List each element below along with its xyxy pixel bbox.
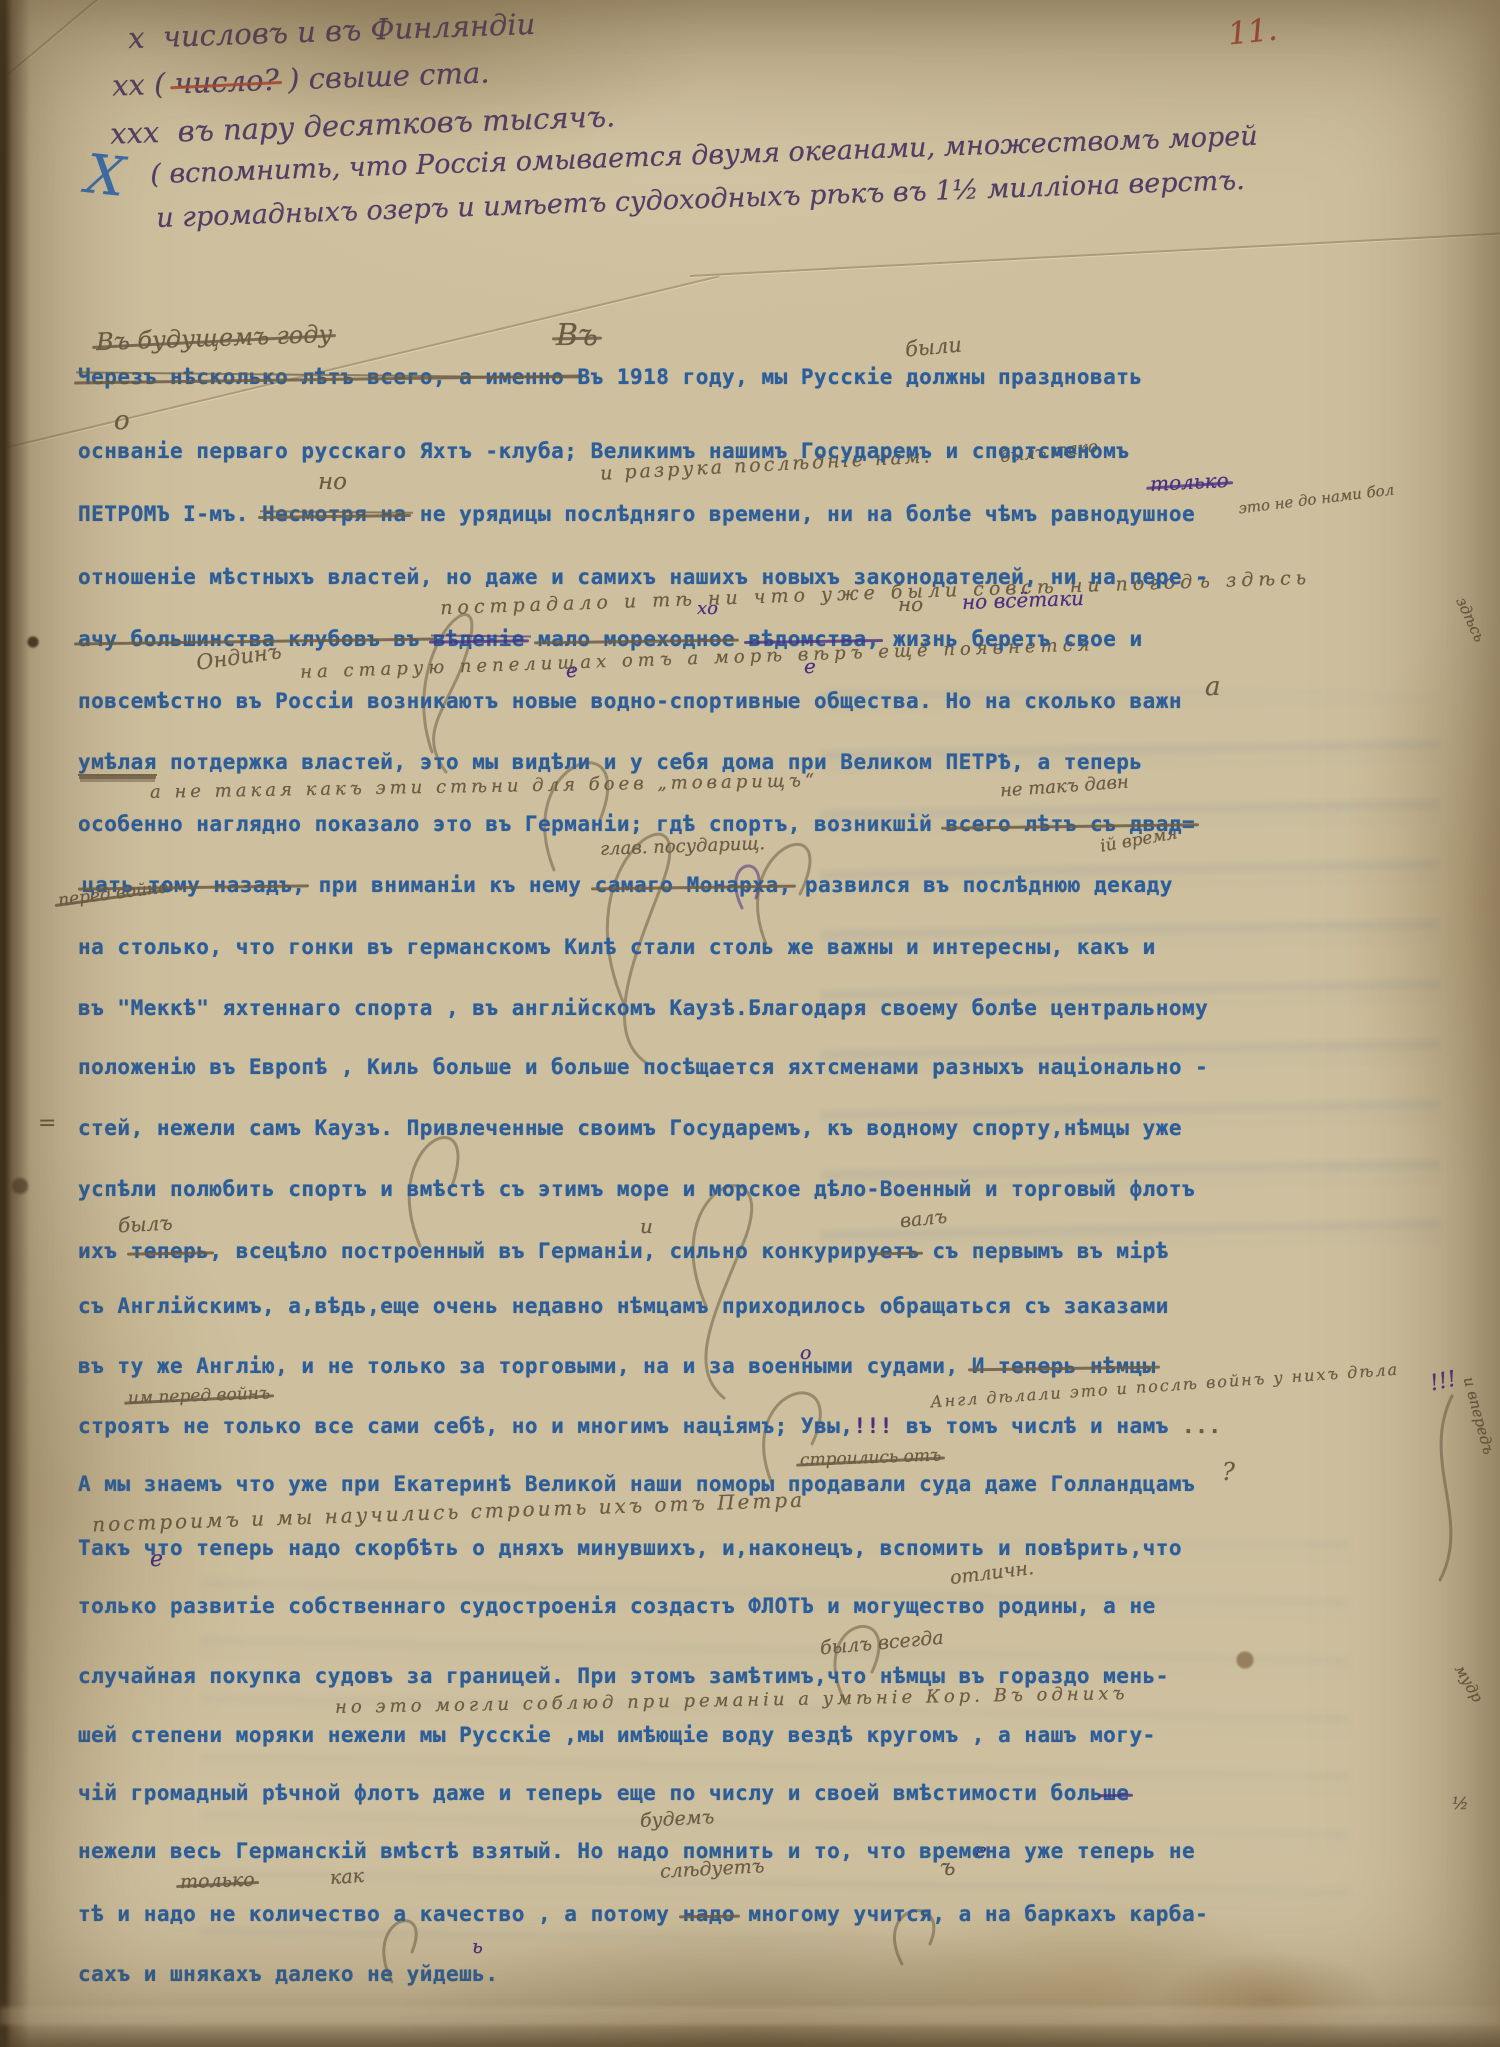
typed-text-segment: случайная покупка судовъ за границей. Пр… [78, 1665, 1169, 1687]
handwriting-segment: е [804, 656, 816, 677]
handwriting-segment: Х [83, 146, 127, 206]
typed-line-27: сахъ и шнякахъ далеко не уйдешь. [78, 1963, 499, 1985]
typed-text-segment: , всецѣло построенный въ Германіи, сильн… [209, 1240, 879, 1262]
note-kak: как [329, 1867, 364, 1889]
note-soft-sign: ь [472, 1936, 483, 1957]
typed-text-segment: потдержка властей, это мы видѣли и у себ… [157, 751, 1143, 773]
handwriting-segment: и впередъ [1460, 1375, 1496, 1456]
typed-line-8: особенно наглядно показало это въ Герман… [78, 813, 1195, 835]
typed-text-segment: мало мореходное [538, 628, 735, 650]
typed-text-segment: многому учится, а на баркахъ карба- [735, 1903, 1208, 1925]
handwriting-segment: !!! [1428, 1367, 1459, 1395]
typed-text-segment: въ "Меккѣ" яхтеннаго спорта , въ англійс… [78, 997, 1208, 1019]
handwriting-segment: а [1205, 674, 1221, 701]
typed-text-segment: нежели весь Германскій вмѣстѣ взятый. Но… [78, 1840, 1195, 1862]
typed-text-segment: не урядицы послѣдняго времени, ни на бол… [407, 503, 1196, 525]
typed-text-segment: отношеніе мѣстныхъ властей, но даже и са… [78, 566, 1208, 588]
typed-text-segment: Въ 1918 году, мы Русскіе должны празднов… [577, 366, 1142, 388]
handwriting-segment: глав. посударищ. [600, 835, 766, 860]
book-gutter-shadow [0, 0, 30, 2047]
typed-text-segment: ПЕТРОМЪ I-мъ. [78, 503, 262, 525]
note-glav: глав. посударищ. [600, 835, 766, 860]
note-margin-r3: это не до нами бол [1238, 483, 1395, 518]
footnote-xx: хх ( число? ) свыше ста. [112, 57, 490, 101]
typed-text-segment: въ ту же Англію, и не только за торговым… [78, 1355, 972, 1377]
footnote-xxx: ххх въ пару десятковъ тысячъ. [110, 101, 616, 149]
handwriting-segment: а не такая какъ эти стѣни для боев „това… [150, 772, 818, 803]
handwriting-segment: но [898, 594, 923, 615]
note-half: ½ [1452, 1796, 1468, 1814]
typed-line-23: шей степени моряки нежели мы Русскіе ,мы… [78, 1724, 1156, 1746]
note-margin-excl: !!! [1428, 1367, 1459, 1395]
typed-line-21: только развитіе собственнаго судостроені… [78, 1595, 1156, 1617]
note-tolko2: только [180, 1871, 255, 1894]
typed-text-segment [735, 628, 748, 650]
note-kho: хо [697, 600, 718, 619]
typed-line-24: чій громадный рѣчной флотъ даже и теперь… [78, 1782, 1129, 1804]
note-no2: но [898, 594, 923, 615]
typed-text-segment: чій громадный рѣчной флотъ даже и теперь… [78, 1782, 1103, 1804]
typed-text-segment: умѣлая [78, 751, 157, 776]
note-no: но [318, 470, 347, 494]
typed-text-segment: при вниманіи къ нему [305, 874, 594, 896]
typed-text-segment: съ первымъ въ мірѣ [919, 1240, 1169, 1262]
handwriting-segment: ь [472, 1936, 483, 1957]
typed-text-segment: стей, нежели самъ Каузъ. Привлеченные св… [78, 1117, 1182, 1139]
note-vazhna-a: а [1205, 674, 1221, 701]
typed-text-segment: Несмотря на [262, 503, 407, 525]
typed-line-9: цать тому назадъ, при вниманіи къ нему с… [82, 874, 1173, 896]
note-byli: были [904, 334, 963, 361]
typed-text-segment: цать тому назадъ, [82, 874, 305, 896]
typed-text-segment: А мы знаемъ что уже при Екатеринѣ Велико… [78, 1473, 1195, 1495]
typed-line-14: успѣли полюбить спортъ и вмѣстѣ съ этимъ… [78, 1178, 1195, 1200]
handwriting-segment: е [566, 660, 578, 681]
note-ne-takaya: а не такая какъ эти стѣни для боев „това… [150, 772, 818, 803]
typed-text-segment: надо [683, 1903, 736, 1925]
note-e1: е [566, 660, 578, 681]
handwriting-segment: им перед войнъ [128, 1386, 271, 1409]
typed-text-segment: сахъ и шнякахъ далеко не уйдешь. [78, 1963, 499, 1985]
typed-text-segment: ачу большинства клубовъ въ [78, 628, 433, 650]
typed-line-3: ПЕТРОМЪ I-мъ. Несмотря на не урядицы пос… [78, 503, 1195, 525]
typed-text-segment: теперь [131, 1240, 210, 1262]
handwriting-segment: будемъ [640, 1808, 715, 1832]
handwriting-segment: число? [174, 65, 279, 99]
typed-line-6: повсемѣстно въ Россіи возникаютъ новые в… [78, 690, 1182, 712]
note-next-year: Въ будущемъ году [96, 322, 333, 355]
typed-text-segment: въ томъ числѣ и намъ [893, 1415, 1169, 1437]
handwriting-segment: Въ [556, 320, 598, 352]
typed-text-segment: только развитіе собственнаго судостроені… [78, 1595, 1156, 1617]
footnote-x: х числовъ и въ Финляндіи [128, 9, 536, 54]
typed-text-segment: всего лѣтъ съ двад= [945, 813, 1195, 835]
note-stroilis: строились отъ [800, 1448, 942, 1471]
typed-text-segment: ... [1169, 1415, 1222, 1437]
note-margin-mudr: мудр [1451, 1663, 1485, 1706]
typed-text-segment: самаго Монарха, [595, 874, 792, 896]
note-no-vsetaki: но всётаки [962, 588, 1085, 613]
typed-line-11: въ "Меккѣ" яхтеннаго спорта , въ англійс… [78, 997, 1208, 1019]
typed-text-segment: строятъ не только все сами себѣ, но и мн… [78, 1415, 853, 1437]
handwriting-segment: ххх въ пару десятковъ тысячъ. [110, 101, 616, 149]
typed-line-25: нежели весь Германскій вмѣстѣ взятый. Но… [78, 1840, 1195, 1862]
typed-text-segment [525, 628, 538, 650]
typed-line-10: на столько, что гонки въ германскомъ Кил… [78, 936, 1156, 958]
note-margin-zdes: здѣсь [1453, 595, 1487, 645]
note-postroim: построимъ и мы научились строить ихъ отъ… [92, 1490, 806, 1536]
handwriting-segment: как [329, 1867, 364, 1889]
handwriting-segment: это не до нами бол [1238, 483, 1395, 518]
typed-text-segment: ше [1103, 1782, 1129, 1804]
note-o-insert: о [114, 408, 130, 435]
handwriting-segment: Въ будущемъ году [96, 322, 333, 355]
typed-text-segment: повсемѣстно въ Россіи возникаютъ новые в… [78, 690, 1182, 712]
typed-text-segment: вѣденіе [433, 628, 525, 650]
handwriting-segment: и [640, 1216, 653, 1237]
handwriting-segment: былъ [117, 1213, 173, 1237]
typed-line-5: ачу большинства клубовъ въ вѣденіе мало … [78, 628, 1143, 650]
handwriting-segment: но всётаки [962, 588, 1085, 613]
typed-text-segment: Такъ что теперь надо скорбѣть о дняхъ ми… [78, 1537, 1182, 1559]
handwriting-segment: хх ( [112, 68, 175, 101]
note-im-pered: им перед войнъ [128, 1386, 271, 1409]
handwriting-segment: мудр [1451, 1663, 1485, 1706]
handwriting-segment: построимъ и мы научились строить ихъ отъ… [92, 1490, 806, 1536]
typed-text-segment: шей степени моряки нежели мы Русскіе ,мы… [78, 1724, 1156, 1746]
typed-line-22: случайная покупка судовъ за границей. Пр… [78, 1665, 1169, 1687]
note-v-struck: Въ [556, 320, 598, 352]
note-e2: е [804, 656, 816, 677]
typed-line-7: умѣлая потдержка властей, это мы видѣли … [78, 751, 1143, 776]
handwriting-segment: только [180, 1871, 255, 1894]
note-tolko-struck: только [1150, 470, 1230, 495]
typed-line-26: тѣ и надо не количество а качество , а п… [78, 1903, 1208, 1925]
typed-text-segment: Черезъ нѣсколько лѣтъ всего, а именно [78, 366, 577, 388]
blue-cross-mark: Х [83, 146, 127, 206]
handwriting-segment: только [1150, 470, 1230, 495]
typed-text-segment: развился въ послѣднюю декаду [792, 874, 1173, 896]
note-budem: будемъ [640, 1808, 715, 1832]
note-i-insert: и [640, 1216, 653, 1237]
handwriting-segment: хо [697, 600, 718, 619]
handwriting-segment: ) свыше ста. [278, 57, 490, 95]
typed-line-16: съ Англійскимъ, а,вѣдь,еще очень недавно… [78, 1295, 1169, 1317]
handwriting-segment: о [114, 408, 130, 435]
typed-line-19: А мы знаемъ что уже при Екатеринѣ Велико… [78, 1473, 1195, 1495]
typed-text-segment: на столько, что гонки въ германскомъ Кил… [78, 936, 1156, 958]
note-byl2: былъ [117, 1213, 173, 1237]
typed-line-1: Черезъ нѣсколько лѣтъ всего, а именно Въ… [78, 366, 1143, 388]
typed-text-segment: И теперь нѣмцы [972, 1355, 1156, 1377]
typed-text-segment: жизнь беретъ свое и [880, 628, 1143, 650]
typed-text-segment: вѣдомства, [748, 628, 879, 650]
paper-crease [0, 275, 720, 450]
manuscript-page: х числовъ и въ Финляндіихх ( число? ) св… [0, 0, 1500, 2047]
page-number: 11. [1226, 14, 1278, 52]
typed-line-15: ихъ теперь, всецѣло построенный въ Герма… [78, 1240, 1169, 1262]
note-question: ? [1222, 1460, 1235, 1485]
page-bottom-shadow [0, 2023, 1500, 2047]
typed-line-20: Такъ что теперь надо скорбѣть о дняхъ ми… [78, 1537, 1182, 1559]
handwriting-segment: но [318, 470, 347, 494]
handwriting-segment: ½ [1452, 1796, 1468, 1814]
typed-text-segment: успѣли полюбить спортъ и вмѣстѣ съ этимъ… [78, 1178, 1195, 1200]
note-margin-vert: и впередъ [1460, 1375, 1496, 1456]
typed-line-18: строятъ не только все сами себѣ, но и мн… [78, 1415, 1221, 1437]
typed-text-segment: съ Англійскимъ, а,вѣдь,еще очень недавно… [78, 1295, 1169, 1317]
handwriting-segment: = [38, 1112, 56, 1135]
paper-crease [690, 232, 1500, 277]
typed-text-segment: оснваніе перваго русскаго Яхтъ -клуба; В… [78, 440, 1129, 462]
note-margin-eq: = [38, 1112, 56, 1135]
typed-text-segment: етъ [880, 1240, 919, 1262]
typed-line-13: стей, нежели самъ Каузъ. Привлеченные св… [78, 1117, 1182, 1139]
typed-text-segment: ихъ [78, 1240, 131, 1262]
handwriting-segment: были [904, 334, 963, 361]
handwriting-segment: здѣсь [1453, 595, 1487, 645]
typed-text-segment: тѣ и надо не количество а качество , а п… [78, 1903, 683, 1925]
typed-line-4: отношеніе мѣстныхъ властей, но даже и са… [78, 566, 1208, 588]
typed-text-segment: особенно наглядно показало это въ Герман… [78, 813, 945, 835]
typed-line-2: оснваніе перваго русскаго Яхтъ -клуба; В… [78, 440, 1129, 462]
handwriting-segment: ? [1222, 1460, 1235, 1485]
handwriting-segment: строились отъ [800, 1448, 942, 1471]
typed-text-segment: !!! [853, 1415, 892, 1437]
typed-line-17: въ ту же Англію, и не только за торговым… [78, 1355, 1156, 1377]
typed-line-12: положенію въ Европѣ , Киль больше и боль… [78, 1056, 1208, 1078]
typed-text-segment: положенію въ Европѣ , Киль больше и боль… [78, 1056, 1208, 1078]
handwriting-segment: 11. [1226, 14, 1278, 52]
handwriting-segment: х числовъ и въ Финляндіи [128, 9, 536, 54]
